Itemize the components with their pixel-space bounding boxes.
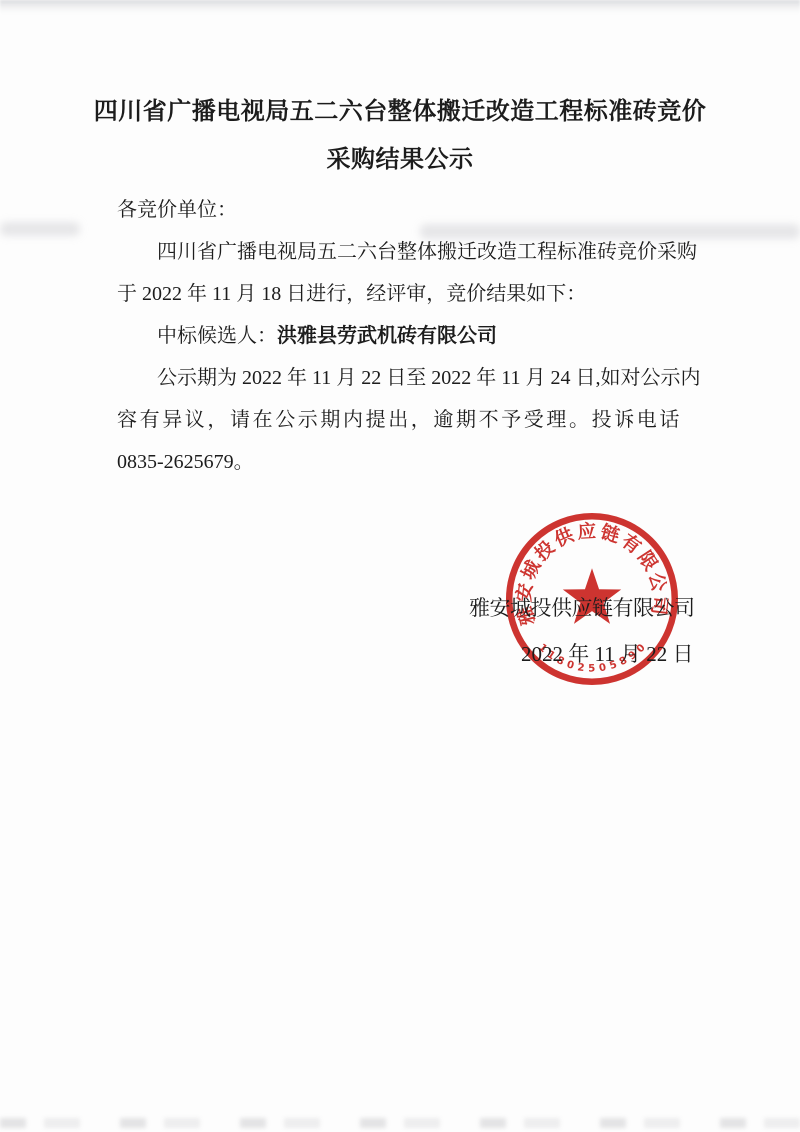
signature-date: 2022 年 11 月 22 日: [521, 638, 693, 668]
paragraph1-line2: 于 2022 年 11 月 18 日进行，经评审，竞价结果如下：: [117, 273, 687, 315]
signature-company: 雅安城投供应链有限公司: [469, 592, 695, 622]
title-line-2: 采购结果公示: [60, 136, 740, 184]
winner-label: 中标候选人：: [157, 325, 277, 347]
complaint-phone: 0835-2625679。: [117, 441, 687, 483]
salutation: 各竞价单位：: [117, 189, 687, 231]
paragraph2-line1: 公示期为 2022 年 11 月 22 日至 2022 年 11 月 24 日,…: [117, 357, 687, 399]
scanned-document-page: 四川省广播电视局五二六台整体搬迁改造工程标准砖竞价 采购结果公示 各竞价单位： …: [0, 0, 800, 1132]
title-line-1: 四川省广播电视局五二六台整体搬迁改造工程标准砖竞价: [60, 88, 740, 136]
paragraph2-line2: 容有异议，请在公示期内提出，逾期不予受理。投诉电话: [117, 399, 687, 441]
document-title: 四川省广播电视局五二六台整体搬迁改造工程标准砖竞价 采购结果公示: [60, 88, 740, 184]
winner-line: 中标候选人：洪雅县劳武机砖有限公司: [117, 315, 687, 357]
scan-edge-artifact-top: [0, 0, 800, 14]
paragraph1-line1: 四川省广播电视局五二六台整体搬迁改造工程标准砖竞价采购: [117, 231, 687, 273]
winner-name: 洪雅县劳武机砖有限公司: [277, 325, 497, 347]
scan-smudge-left: [0, 222, 80, 236]
document-body: 各竞价单位： 四川省广播电视局五二六台整体搬迁改造工程标准砖竞价采购 于 202…: [117, 189, 687, 483]
scan-edge-artifact-bottom: [0, 1118, 800, 1128]
